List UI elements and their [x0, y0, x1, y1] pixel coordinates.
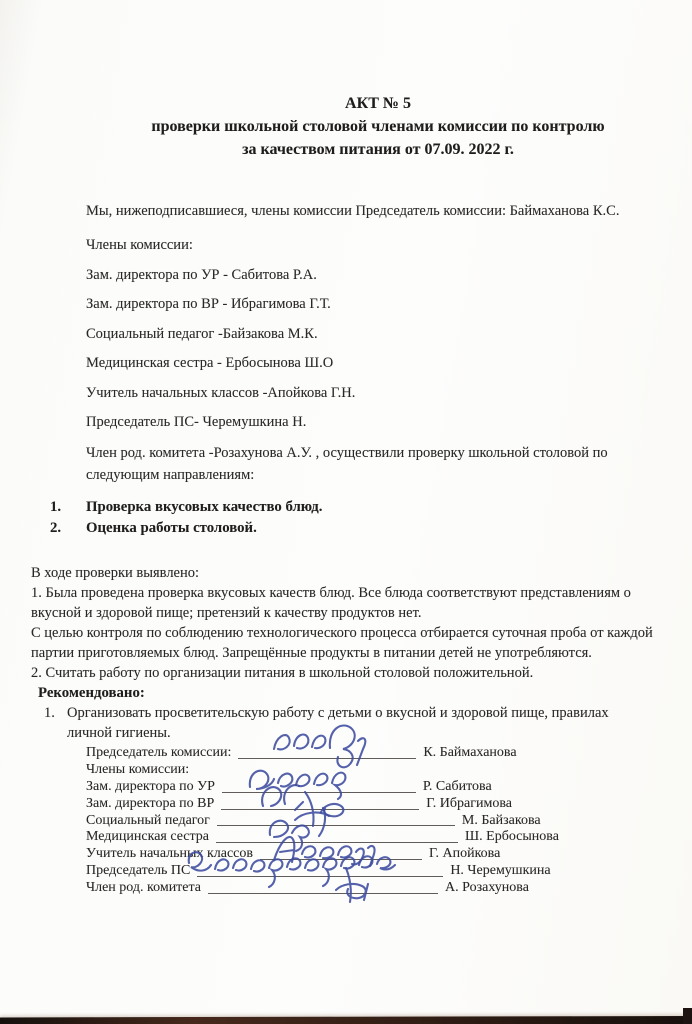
member-line: Зам. директора по УР - Сабитова Р.А.: [86, 265, 692, 285]
signature-line: [260, 848, 422, 860]
document-title: АКТ № 5 проверки школьной столовой члена…: [86, 0, 670, 161]
direction-text: Оценка работы столовой.: [86, 520, 257, 536]
signature-role: Председатель комиссии:: [86, 745, 231, 762]
signature-role: Зам. директора по ВР: [86, 796, 214, 813]
signature-name: К. Баймаханова: [423, 745, 516, 762]
direction-number: 2.: [50, 520, 86, 536]
recommendation-text: Организовать просветительскую работу с д…: [67, 703, 652, 743]
signature-row: Зам. директора по УР Р. Сабитова: [86, 779, 646, 796]
signature-line: [216, 831, 458, 843]
member-line: Председатель ПС- Черемушкина Н.: [86, 412, 692, 432]
member-line: Медицинская сестра - Ербосынова Ш.О: [86, 353, 692, 373]
recommendation-item: 1. Организовать просветительскую работу …: [44, 703, 652, 743]
direction-item: 2. Оценка работы столовой.: [50, 520, 692, 536]
signature-role: Член род. комитета: [86, 880, 201, 897]
signature-role: Зам. директора по УР: [86, 779, 215, 796]
member-line: Социальный педагог -Байзакова М.К.: [86, 324, 692, 344]
signature-block: Председатель комиссии: К. Баймаханова Чл…: [86, 745, 646, 897]
signature-name: Н. Черемушкина: [450, 863, 550, 880]
signature-row: Зам. директора по ВР Г. Ибрагимова: [86, 796, 646, 813]
signature-role: Председатель ПС: [86, 863, 190, 880]
signature-line: [197, 865, 443, 877]
direction-number: 1.: [50, 499, 86, 515]
signature-name: Г. Апойкова: [429, 846, 500, 863]
member-line: Учитель начальных классов -Апойкова Г.Н.: [86, 383, 692, 403]
signature-name: Г. Ибрагимова: [426, 796, 512, 813]
title-line-3: за качеством питания от 07.09. 2022 г.: [86, 138, 670, 161]
title-line-2: проверки школьной столовой членами комис…: [86, 115, 670, 138]
signature-line: [222, 781, 416, 793]
signature-line: [221, 798, 419, 810]
signature-name: М. Байзакова: [462, 813, 541, 830]
intro-paragraph: Мы, нижеподписавшиеся, члены комиссии Пр…: [86, 201, 650, 221]
signature-role: Социальный педагог: [86, 813, 210, 830]
signature-row: Медицинская сестра Ш. Ербосынова: [86, 829, 646, 846]
finding-paragraph: 2. Считать работу по организации питания…: [31, 663, 666, 683]
signature-row: Председатель ПС Н. Черемушкина: [86, 863, 646, 880]
signature-name: А. Розахунова: [445, 880, 529, 897]
signature-role: Учитель начальных классов: [86, 846, 253, 863]
signature-row: Члены комиссии:: [86, 762, 646, 779]
signature-line: [208, 882, 438, 894]
signature-name: Р. Сабитова: [423, 779, 492, 796]
signature-role: Медицинская сестра: [86, 829, 209, 846]
signature-row: Член род. комитета А. Розахунова: [86, 880, 646, 897]
direction-item: 1. Проверка вкусовых качество блюд.: [50, 499, 692, 515]
finding-paragraph: 1. Была проведена проверка вкусовых каче…: [31, 583, 666, 623]
findings-heading: В ходе проверки выявлено:: [31, 563, 692, 583]
directions-list: 1. Проверка вкусовых качество блюд. 2. О…: [0, 499, 692, 536]
scan-bottom-edge: [0, 1016, 692, 1024]
signature-line: [217, 814, 455, 826]
members-list: Зам. директора по УР - Сабитова Р.А. Зам…: [0, 265, 692, 433]
signature-row: Председатель комиссии: К. Баймаханова: [86, 745, 646, 762]
final-member-paragraph: Член род. комитета -Розахунова А.У. , ос…: [86, 442, 644, 486]
signature-name: Ш. Ербосынова: [465, 829, 559, 846]
recommended-heading: Рекомендовано:: [38, 683, 692, 703]
signature-row: Учитель начальных классов Г. Апойкова: [86, 846, 646, 863]
recommendation-number: 1.: [44, 703, 67, 743]
findings-section: 1. Была проведена проверка вкусовых каче…: [0, 583, 692, 683]
member-line: Зам. директора по ВР - Ибрагимова Г.Т.: [86, 294, 692, 314]
scanned-document-page: АКТ № 5 проверки школьной столовой члена…: [0, 0, 692, 1024]
scan-bottom-edge-corner: [683, 1008, 692, 1024]
finding-paragraph: С целью контроля по соблюдению технологи…: [31, 623, 666, 663]
members-heading: Члены комиссии:: [86, 235, 692, 255]
title-line-1: АКТ № 5: [86, 92, 670, 115]
signature-role: Члены комиссии:: [86, 762, 189, 779]
signature-row: Социальный педагог М. Байзакова: [86, 813, 646, 830]
signature-line: [238, 747, 416, 759]
direction-text: Проверка вкусовых качество блюд.: [86, 499, 322, 515]
